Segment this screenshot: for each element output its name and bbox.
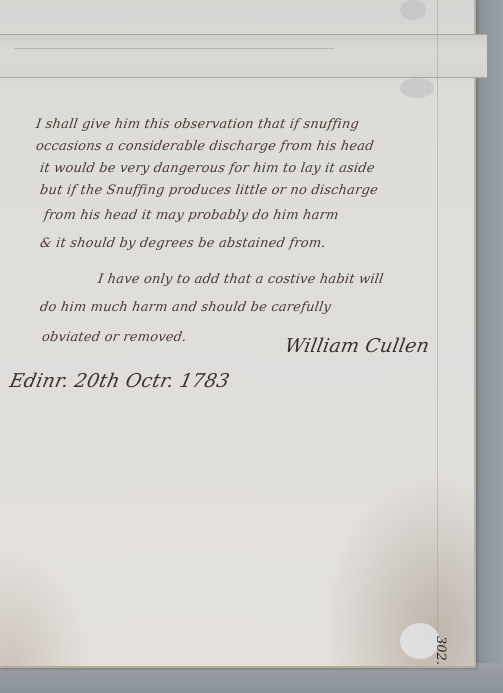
dateline: Edinr. 20th Octr. 1783	[8, 370, 232, 392]
letter-line: obviated or removed.	[41, 330, 188, 345]
right-fold-crease	[437, 0, 438, 666]
paper-stain	[400, 78, 434, 98]
manuscript-scan: I shall give him this observation that i…	[0, 0, 503, 693]
top-fold-strip	[0, 34, 487, 78]
letter-line: & it should by degrees be abstained from…	[39, 236, 327, 251]
letter-line: do him much harm and should be carefully	[39, 300, 332, 315]
letter-line: from his head it may probably do him har…	[43, 208, 340, 223]
folio-number: 302.	[433, 636, 448, 665]
signature: William Cullen	[283, 335, 431, 357]
letter-line: I have only to add that a costive habit …	[97, 272, 384, 287]
paper-stain	[400, 0, 426, 20]
letter-line: it would be very dangerous for him to la…	[39, 161, 376, 176]
letter-line: but if the Snuffing produces little or n…	[39, 183, 379, 198]
letter-line: I shall give him this observation that i…	[35, 117, 360, 132]
fold-crease	[14, 48, 334, 49]
letter-line: occasions a considerable discharge from …	[35, 139, 375, 154]
paper-sheet: I shall give him this observation that i…	[0, 0, 476, 668]
